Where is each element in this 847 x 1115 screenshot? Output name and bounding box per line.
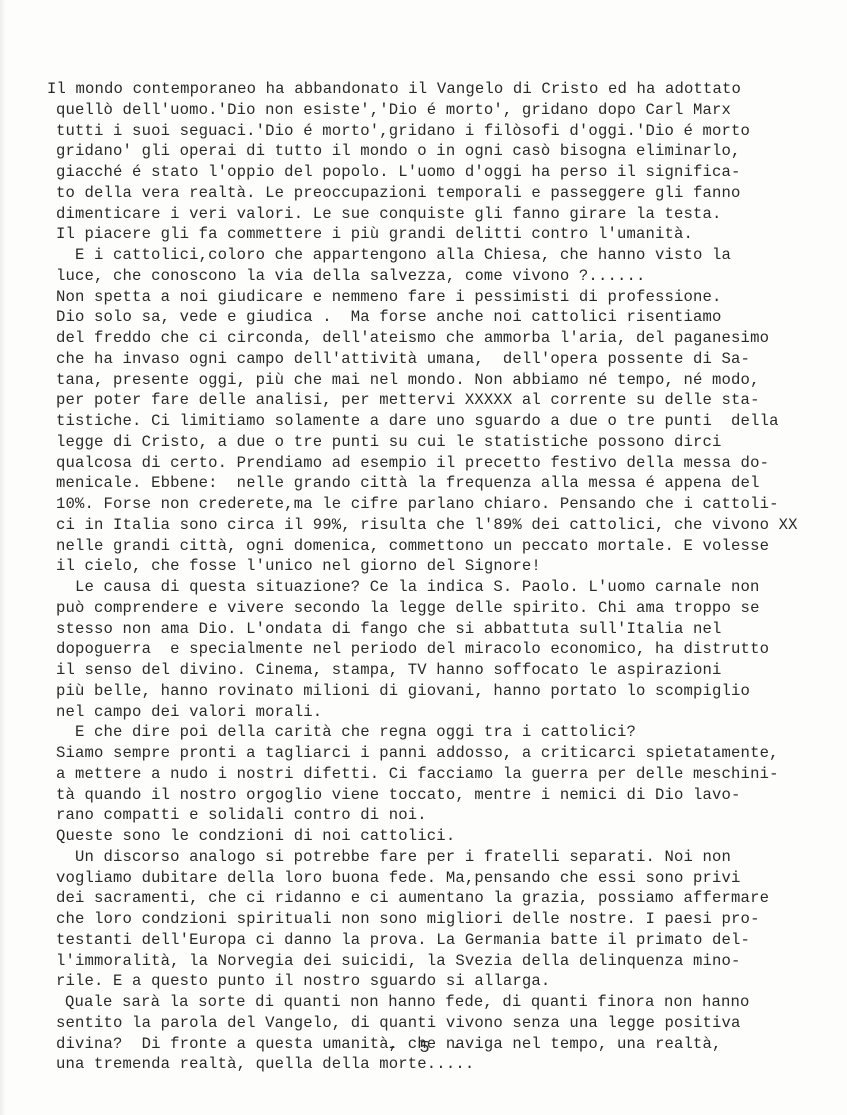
text-line: più belle, hanno rovinato milioni di gio…	[47, 681, 847, 702]
text-line: a mettere a nudo i nostri difetti. Ci fa…	[47, 764, 847, 785]
text-line: Un discorso analogo si potrebbe fare per…	[47, 847, 847, 868]
text-line: 10%. Forse non crederete,ma le cifre par…	[47, 494, 847, 515]
text-line: giacché é stato l'oppio del popolo. L'uo…	[47, 162, 847, 183]
body-text: Il mondo contemporaneo ha abbandonato il…	[47, 79, 847, 1075]
text-line: Siamo sempre pronti a tagliarci i panni …	[47, 743, 847, 764]
text-line: ci in Italia sono circa il 99%, risulta …	[47, 515, 847, 536]
text-line: nelle grandi città, ogni domenica, comme…	[47, 536, 847, 557]
text-line: E che dire poi della carità che regna og…	[47, 722, 847, 743]
typewritten-page: Il mondo contemporaneo ha abbandonato il…	[0, 0, 847, 1115]
text-line: può comprendere e vivere secondo la legg…	[47, 598, 847, 619]
text-line: per poter fare delle analisi, per metter…	[47, 390, 847, 411]
text-line: rano compatti e solidali contro di noi.	[47, 805, 847, 826]
text-line: qualcosa di certo. Prendiamo ad esempio …	[47, 453, 847, 474]
text-line: E i cattolici,coloro che appartengono al…	[47, 245, 847, 266]
text-line: testanti dell'Europa ci danno la prova. …	[47, 930, 847, 951]
text-line: Quale sarà la sorte di quanti non hanno …	[47, 992, 847, 1013]
text-line: stesso non ama Dio. L'ondata di fango ch…	[47, 619, 847, 640]
text-line: Non spetta a noi giudicare e nemmeno far…	[47, 287, 847, 308]
text-line: il cielo, che fosse l'unico nel giorno d…	[47, 556, 847, 577]
text-line: tà quando il nostro orgoglio viene tocca…	[47, 785, 847, 806]
text-line: del freddo che ci circonda, dell'ateismo…	[47, 328, 847, 349]
scan-edge-shadow	[0, 0, 6, 1115]
text-line: sentito la parola del Vangelo, di quanti…	[47, 1013, 847, 1034]
text-line: tana, presente oggi, più che mai nel mon…	[47, 370, 847, 391]
page-number: - 5 -	[0, 1039, 847, 1058]
text-line: luce, che conoscono la via della salvezz…	[47, 266, 847, 287]
text-line: Dio solo sa, vede e giudica . Ma forse a…	[47, 307, 847, 328]
text-line: Il mondo contemporaneo ha abbandonato il…	[47, 79, 847, 100]
text-line: dei sacramenti, che ci ridanno e ci aume…	[47, 888, 847, 909]
text-line: rile. E a questo punto il nostro sguardo…	[47, 971, 847, 992]
text-line: nel campo dei valori morali.	[47, 702, 847, 723]
text-line: dimenticare i veri valori. Le sue conqui…	[47, 204, 847, 225]
text-line: tutti i suoi seguaci.'Dio é morto',grida…	[47, 121, 847, 142]
text-line: tistiche. Ci limitiamo solamente a dare …	[47, 411, 847, 432]
text-line: quellò dell'uomo.'Dio non esiste','Dio é…	[47, 100, 847, 121]
text-line: l'immoralità, la Norvegia dei suicidi, l…	[47, 951, 847, 972]
text-line: Le causa di questa situazione? Ce la ind…	[47, 577, 847, 598]
text-line: gridano' gli operai di tutto il mondo o …	[47, 141, 847, 162]
text-line: il senso del divino. Cinema, stampa, TV …	[47, 660, 847, 681]
text-line: to della vera realtà. Le preoccupazioni …	[47, 183, 847, 204]
text-line: dopoguerra e specialmente nel periodo de…	[47, 639, 847, 660]
text-line: vogliamo dubitare della loro buona fede.…	[47, 868, 847, 889]
text-line: che ha invaso ogni campo dell'attività u…	[47, 349, 847, 370]
text-line: menicale. Ebbene: nelle grando città la …	[47, 473, 847, 494]
text-line: legge di Cristo, a due o tre punti su cu…	[47, 432, 847, 453]
text-line: che loro condzioni spirituali non sono m…	[47, 909, 847, 930]
text-line: Queste sono le condzioni di noi cattolic…	[47, 826, 847, 847]
text-line: Il piacere gli fa commettere i più grand…	[47, 224, 847, 245]
